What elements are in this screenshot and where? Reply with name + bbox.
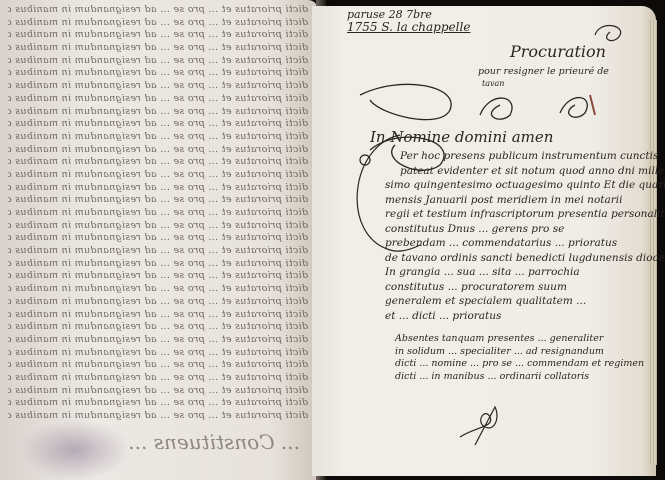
- page-edges: [648, 20, 657, 465]
- bleed-through-line: dicti prioratus et ... pro se ... ad res…: [8, 296, 308, 309]
- margin-note-year: 1755 S. la chappelle: [347, 20, 470, 34]
- invocation-heading: In Nomine domini amen: [370, 128, 553, 146]
- bleed-through-line: dicti prioratus et ... pro se ... ad res…: [8, 232, 308, 245]
- bleed-through-line: dicti prioratus et ... pro se ... ad res…: [8, 156, 308, 169]
- body-line: In grangia ... sua ... sita ... parrochi…: [385, 266, 580, 278]
- bleed-through-line: dicti prioratus et ... pro se ... ad res…: [8, 245, 308, 258]
- bleed-through-text: dicti prioratus et ... pro se ... ad res…: [8, 4, 308, 423]
- bleed-through-line: dicti prioratus et ... pro se ... ad res…: [8, 258, 308, 271]
- bleed-through-line: dicti prioratus et ... pro se ... ad res…: [8, 106, 308, 119]
- body-line: mensis Januarii post meridiem in mei not…: [385, 194, 622, 206]
- body-line: Per hoc presens publicum instrumentum cu…: [400, 150, 658, 162]
- bleed-through-line: dicti prioratus et ... pro se ... ad res…: [8, 29, 308, 42]
- bleed-through-line: dicti prioratus et ... pro se ... ad res…: [8, 131, 308, 144]
- bleed-through-line: dicti prioratus et ... pro se ... ad res…: [8, 207, 308, 220]
- bleed-through-line: dicti prioratus et ... pro se ... ad res…: [8, 93, 308, 106]
- bleed-through-line: dicti prioratus et ... pro se ... ad res…: [8, 270, 308, 283]
- body-line: prebendam ... commendatarius ... priorat…: [385, 237, 617, 249]
- corner-flourish-icon: [590, 20, 630, 50]
- closing-line: dicti ... nomine ... pro se ... commenda…: [395, 358, 644, 369]
- body-line: de tavano ordinis sancti benedicti lugdu…: [385, 252, 665, 264]
- closing-line: in solidum ... specialiter ... ad resign…: [395, 346, 604, 357]
- bleed-through-line: dicti prioratus et ... pro se ... ad res…: [8, 359, 308, 372]
- bleed-through-line: dicti prioratus et ... pro se ... ad res…: [8, 372, 308, 385]
- bleed-through-line: dicti prioratus et ... pro se ... ad res…: [8, 17, 308, 30]
- body-line: simo quingentesimo octuagesimo quinto Et…: [385, 179, 665, 191]
- body-line: constitutus Dnus ... gerens pro se: [385, 223, 564, 235]
- bleed-through-line: dicti prioratus et ... pro se ... ad res…: [8, 169, 308, 182]
- bleed-through-line: dicti prioratus et ... pro se ... ad res…: [8, 309, 308, 322]
- closing-line: Absentes tanquam presentes ... generalit…: [395, 333, 603, 344]
- bleed-through-line: dicti prioratus et ... pro se ... ad res…: [8, 4, 308, 17]
- body-line: pateat evidenter et sit notum quod anno …: [400, 165, 664, 177]
- closing-line: dicti ... in manibus ... ordinarii colla…: [395, 371, 589, 382]
- bleed-through-line: dicti prioratus et ... pro se ... ad res…: [8, 334, 308, 347]
- bleed-through-line: dicti prioratus et ... pro se ... ad res…: [8, 347, 308, 360]
- bleed-through-line: dicti prioratus et ... pro se ... ad res…: [8, 182, 308, 195]
- bleed-through-line: dicti prioratus et ... pro se ... ad res…: [8, 80, 308, 93]
- bleed-through-line: dicti prioratus et ... pro se ... ad res…: [8, 118, 308, 131]
- left-page-bleed-through: dicti prioratus et ... pro se ... ad res…: [0, 0, 318, 480]
- bleed-through-line: dicti prioratus et ... pro se ... ad res…: [8, 385, 308, 398]
- notary-paraph-icon: [455, 397, 515, 447]
- bleed-through-line: dicti prioratus et ... pro se ... ad res…: [8, 42, 308, 55]
- bleed-through-signature: ... Constituens ...: [40, 430, 300, 454]
- bleed-through-line: dicti prioratus et ... pro se ... ad res…: [8, 67, 308, 80]
- body-line: et ... dicti ... prioratus: [385, 310, 501, 322]
- bleed-through-line: dicti prioratus et ... pro se ... ad res…: [8, 283, 308, 296]
- center-flourish-icon: [470, 85, 630, 125]
- bleed-through-line: dicti prioratus et ... pro se ... ad res…: [8, 397, 308, 410]
- bleed-through-line: dicti prioratus et ... pro se ... ad res…: [8, 194, 308, 207]
- bleed-through-line: dicti prioratus et ... pro se ... ad res…: [8, 144, 308, 157]
- manuscript-photo: dicti prioratus et ... pro se ... ad res…: [0, 0, 665, 480]
- body-line: generalem et specialem qualitatem ...: [385, 295, 586, 307]
- bleed-through-line: dicti prioratus et ... pro se ... ad res…: [8, 321, 308, 334]
- body-line: regii et testium infrascriptorum present…: [385, 208, 665, 220]
- body-line: constitutus ... procuratorem suum: [385, 281, 567, 293]
- bleed-through-line: dicti prioratus et ... pro se ... ad res…: [8, 55, 308, 68]
- bleed-through-line: dicti prioratus et ... pro se ... ad res…: [8, 220, 308, 233]
